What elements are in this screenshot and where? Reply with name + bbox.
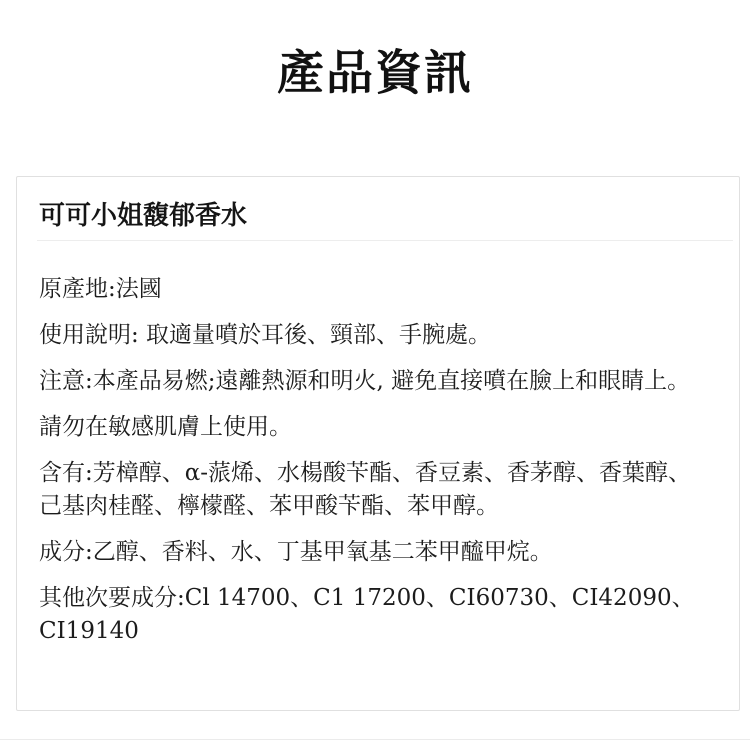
detail-row-origin: 原產地:法國 [39, 267, 733, 313]
detail-row-sensitive-skin: 請勿在敏感肌膚上使用。 [39, 405, 733, 451]
product-details: 原產地:法國 使用說明: 取適量噴於耳後、頸部、手腕處。 注意:本產品易燃;遠離… [37, 241, 733, 710]
detail-row-other-ingredients: 其他次要成分:Cl 14700、C1 17200、CI60730、CI42090… [39, 576, 733, 655]
detail-row-ingredients: 成分:乙醇、香料、水、丁基甲氧基二苯甲醯甲烷。 [39, 530, 733, 576]
product-info-card: 可可小姐馥郁香水 原產地:法國 使用說明: 取適量噴於耳後、頸部、手腕處。 注意… [16, 176, 740, 711]
detail-row-usage: 使用說明: 取適量噴於耳後、頸部、手腕處。 [39, 313, 733, 359]
detail-row-contains: 含有:芳樟醇、α-蒎烯、水楊酸苄酯、香豆素、香茅醇、香葉醇、 己基肉桂醛、檸檬醛… [39, 451, 733, 530]
page-title: 產品資訊 [0, 0, 750, 102]
product-name: 可可小姐馥郁香水 [39, 199, 731, 233]
product-name-header: 可可小姐馥郁香水 [37, 177, 733, 241]
bottom-divider [0, 739, 750, 740]
product-info-page: 產品資訊 可可小姐馥郁香水 原產地:法國 使用說明: 取適量噴於耳後、頸部、手腕… [0, 0, 750, 746]
detail-row-caution: 注意:本產品易燃;遠離熱源和明火, 避免直接噴在臉上和眼睛上。 [39, 359, 733, 405]
